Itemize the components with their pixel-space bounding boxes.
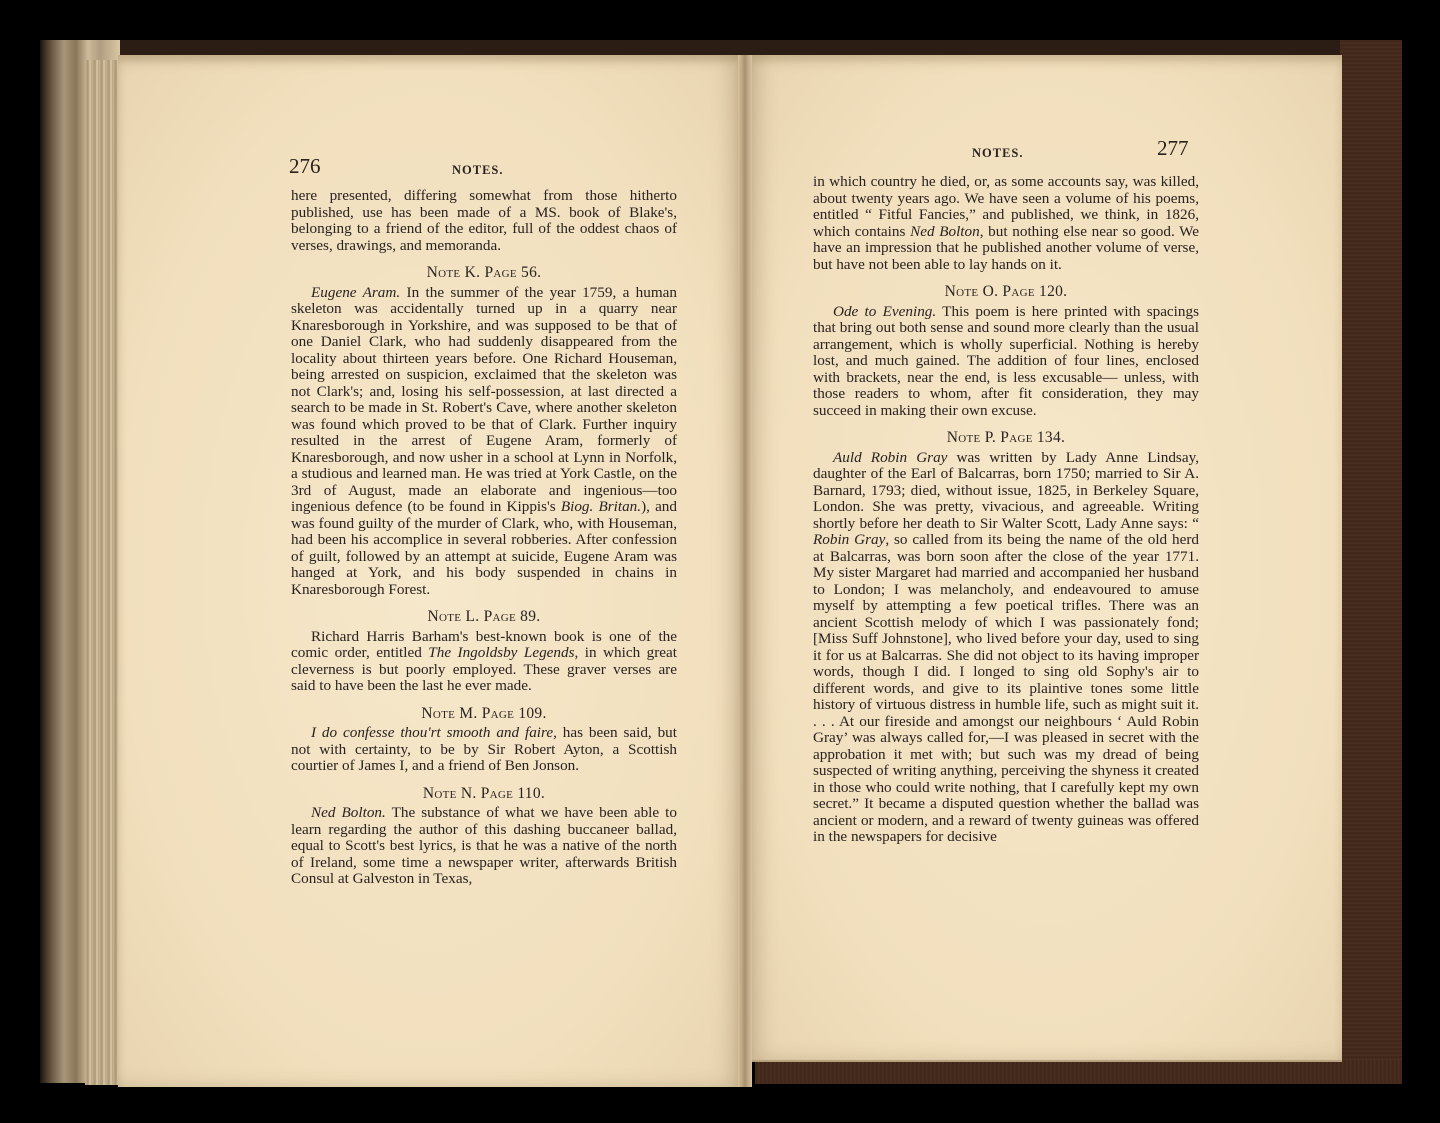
- note-k-lead: Eugene Aram.: [311, 284, 400, 301]
- note-k-heading: Note K. Page 56.: [291, 265, 677, 282]
- note-m-heading: Note M. Page 109.: [291, 706, 677, 723]
- left-page-body: here presented, differing somewhat from …: [291, 188, 677, 888]
- note-n-heading: Note N. Page 110.: [291, 786, 677, 803]
- note-p-body: Auld Robin Gray was written by Lady Anne…: [813, 450, 1199, 846]
- left-page-number: 276: [289, 154, 321, 179]
- note-o-body: Ode to Evening. This poem is here printe…: [813, 304, 1199, 420]
- book-cover-bottom-edge: [755, 1060, 1402, 1084]
- book-gutter: [738, 55, 752, 1087]
- right-page-body: in which country he died, or, as some ac…: [813, 174, 1199, 846]
- right-page-number: 277: [1157, 136, 1189, 161]
- book-cover-right-edge: [1340, 40, 1402, 1083]
- note-l-body: Richard Harris Barham's best-known book …: [291, 629, 677, 695]
- note-n-body: Ned Bolton. The substance of what we hav…: [291, 805, 677, 888]
- note-o-heading: Note O. Page 120.: [813, 284, 1199, 301]
- intro-paragraph: here presented, differing somewhat from …: [291, 188, 677, 254]
- right-running-head: NOTES.: [972, 146, 1024, 161]
- note-l-heading: Note L. Page 89.: [291, 609, 677, 626]
- note-m-body: I do confesse thou'rt smooth and faire, …: [291, 725, 677, 775]
- note-k-body: Eugene Aram. In the summer of the year 1…: [291, 285, 677, 599]
- continuation-paragraph: in which country he died, or, as some ac…: [813, 174, 1199, 273]
- left-running-head: NOTES.: [452, 163, 504, 178]
- note-p-heading: Note P. Page 134.: [813, 430, 1199, 447]
